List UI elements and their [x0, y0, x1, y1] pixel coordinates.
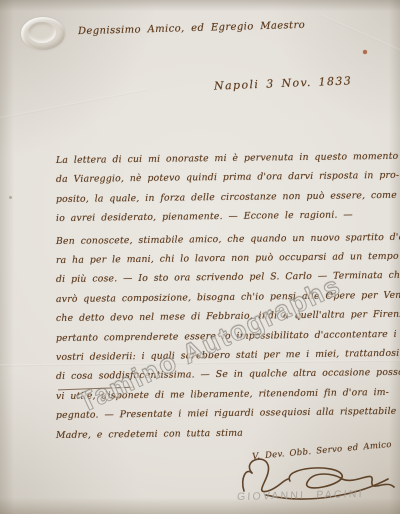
letter-page: Degnissimo Amico, ed Egregio Maestro Nap…: [0, 0, 400, 514]
letter-body: La lettera di cui mi onoraste mi è perve…: [56, 151, 398, 445]
body-line: io avrei desiderato, pienamente. — Eccon…: [56, 205, 398, 229]
dateline: Napoli 3 Nov. 1833: [214, 74, 353, 92]
embossed-seal: [21, 17, 65, 50]
embossed-seal-center: [28, 22, 56, 43]
paper-speck: [363, 50, 367, 54]
salutation: Degnissimo Amico, ed Egregio Maestro: [78, 20, 305, 37]
paper-speck: [9, 196, 12, 199]
fold-crease: [0, 89, 147, 121]
body-line: Madre, e credetemi con tutta stima: [56, 422, 398, 446]
fold-crease: [322, 15, 400, 55]
